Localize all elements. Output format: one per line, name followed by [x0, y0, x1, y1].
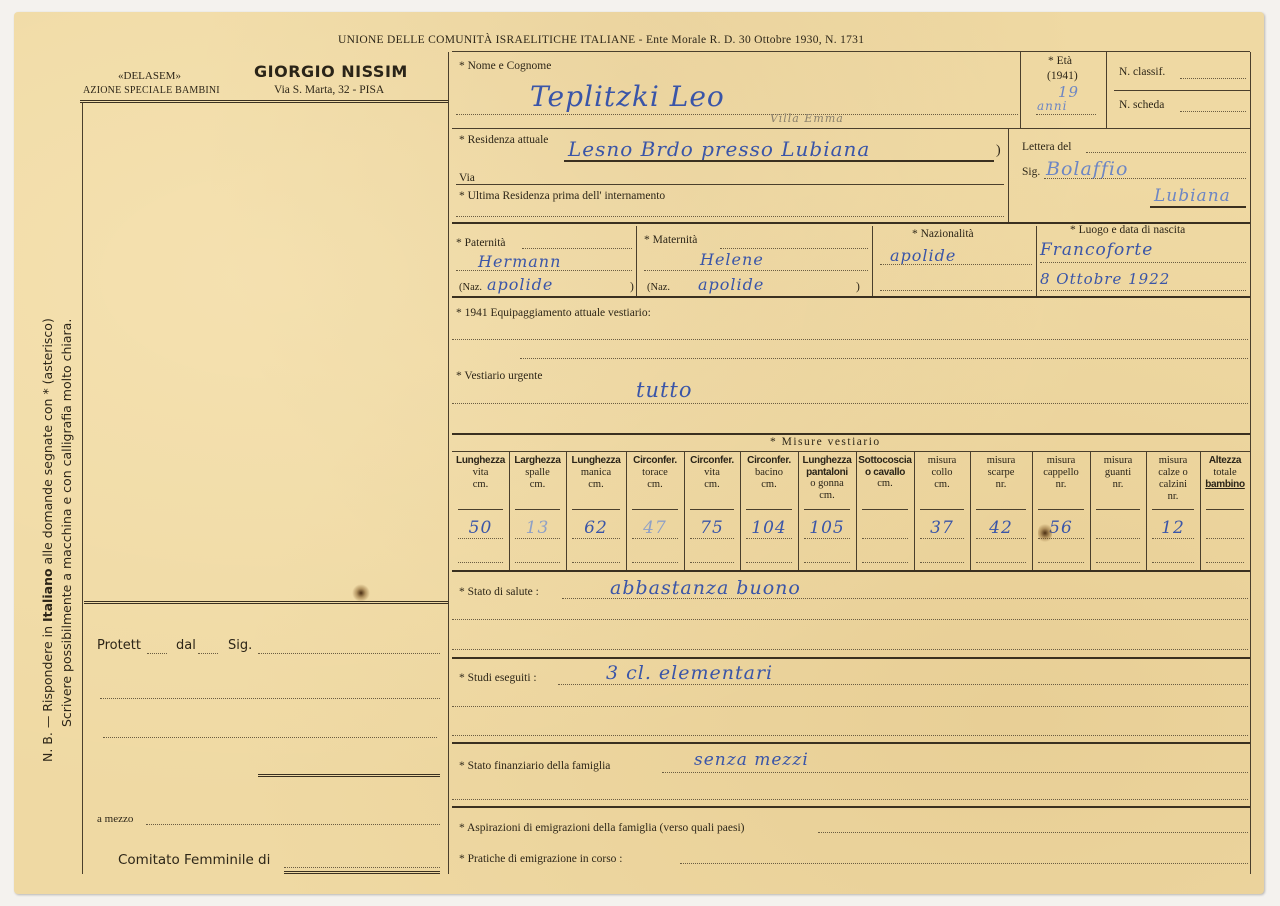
misure-col-h1: misura [970, 455, 1032, 467]
misure-col-header: misurascarpenr. [970, 455, 1032, 491]
vestiario-rule [452, 433, 1250, 435]
studi-field-2[interactable] [452, 706, 1248, 707]
misure-col-h2: guanti [1090, 467, 1146, 479]
signature-rule [258, 774, 440, 777]
paternita-label: * Paternità [456, 237, 506, 250]
protetto-line-2[interactable] [100, 698, 440, 699]
paternita-naz-label: (Naz. [459, 282, 482, 294]
vestiario-urgente-label: * Vestiario urgente [456, 370, 542, 383]
misure-cell-dotline [1152, 562, 1194, 563]
misure-col-h2: torace [626, 467, 684, 479]
left-panel-divider [448, 52, 449, 874]
misure-col-h1: Circonfer. [740, 455, 798, 467]
misure-cell-dotline [1206, 562, 1244, 563]
misure-col-h1: misura [1032, 455, 1090, 467]
nome-value[interactable]: Teplitzki Leo [530, 80, 725, 113]
residenza-label: * Residenza attuale [459, 134, 548, 147]
classif-rule [1114, 90, 1250, 91]
misure-col-header: misuracollocm. [914, 455, 970, 491]
comitato-field[interactable] [284, 867, 440, 868]
header-double-rule [80, 100, 448, 103]
misure-col-h3: cm. [914, 479, 970, 491]
classif-divider [1106, 52, 1107, 128]
misure-col-header: Lunghezzamanicacm. [566, 455, 626, 491]
maternita-label: * Maternità [644, 234, 697, 247]
ultima-residenza-label: * Ultima Residenza prima dell' intername… [459, 190, 665, 203]
misure-cell-dotline [515, 538, 560, 539]
address-label: Via S. Marta, 32 - PISA [274, 84, 384, 97]
nome-field [456, 114, 1018, 115]
finanziario-value[interactable]: senza mezzi [694, 750, 809, 770]
misure-title: * Misure vestiario [770, 436, 881, 449]
protetto-line-3[interactable] [103, 737, 437, 738]
nazionalita-divider [1036, 226, 1037, 296]
misure-col-h3: nr. [970, 479, 1032, 491]
nazionalita-label: * Nazionalità [912, 228, 974, 241]
misure-col-header: Circonfer.bacinocm. [740, 455, 798, 491]
residenza-value[interactable]: Lesno Brdo presso Lubiana [568, 137, 870, 161]
misure-col-header: Circonfer.vitacm. [684, 455, 740, 491]
lettera-sig-field [1044, 178, 1246, 179]
misure-header-underline [572, 509, 620, 510]
ink-stain [352, 584, 370, 602]
comitato-label: Comitato Femminile di [118, 853, 270, 868]
misure-header-underline [632, 509, 678, 510]
misure-col-h2: o cavallo [856, 467, 914, 479]
misure-cell-value[interactable]: 47 [626, 518, 684, 538]
aspirazioni-label: * Aspirazioni di emigrazioni della famig… [459, 822, 745, 835]
studi-rule [452, 742, 1250, 744]
misure-col-header: Lunghezzavitacm. [452, 455, 509, 491]
studi-field-3[interactable] [452, 735, 1248, 736]
misure-col-h2: calze o calzini [1146, 467, 1200, 491]
left-panel-border [82, 102, 83, 874]
lettera-city-underline [1150, 206, 1246, 208]
eta-year-label: (1941) [1047, 70, 1078, 83]
nascita-date-field [1040, 290, 1246, 291]
giorgio-nissim-label: GIORGIO NISSIM [254, 62, 408, 81]
misure-cell-value[interactable]: 105 [798, 518, 856, 538]
misure-header-rule [452, 451, 1250, 452]
misure-col-h1: Lunghezza [566, 455, 626, 467]
nome-label: * Nome e Cognome [459, 60, 551, 73]
maternita-field [644, 270, 868, 271]
misure-cell-value[interactable]: 37 [914, 518, 970, 538]
misure-col-h2: collo [914, 467, 970, 479]
misure-cell-dotline [804, 538, 850, 539]
misure-col-h3: nr. [1146, 491, 1200, 503]
salute-label: * Stato di salute : [459, 586, 539, 599]
nb-note-line2: Scrivere possibilmente a macchina e con … [59, 319, 74, 727]
misure-bottom-rule [452, 570, 1250, 572]
lettera-city-value[interactable]: Lubiana [1154, 186, 1231, 206]
pratiche-label: * Pratiche di emigrazione in corso : [459, 853, 623, 866]
misure-col-h2: vita [452, 467, 509, 479]
misure-col-h1: Larghezza [509, 455, 566, 467]
studi-label: * Studi eseguiti : [459, 672, 537, 685]
misure-col-h3: cm. [798, 490, 856, 502]
misure-col-h1: misura [1146, 455, 1200, 467]
vestiario-urgente-value[interactable]: tutto [636, 378, 693, 402]
misure-col-h2: vita [684, 467, 740, 479]
nb-bold: Italiano [40, 568, 55, 622]
misure-header-underline [976, 509, 1026, 510]
ultima-residenza-field[interactable] [456, 216, 1004, 217]
header-title: UNIONE DELLE COMUNITÀ ISRAELITICHE ITALI… [338, 34, 864, 47]
misure-col-h1: misura [914, 455, 970, 467]
via-label: Via [459, 172, 475, 185]
finanziario-field-2[interactable] [452, 799, 1248, 800]
nome-annotation: Villa Emma [770, 112, 844, 125]
maternita-naz-value[interactable]: apolide [698, 275, 764, 294]
misure-header-underline [862, 509, 908, 510]
misure-col-header: Altezzatotalebambino [1200, 455, 1250, 490]
comitato-rule [284, 871, 440, 874]
misure-cell-value[interactable]: 42 [970, 518, 1032, 538]
misure-header-underline [1096, 509, 1140, 510]
misure-cell-dotline [690, 538, 734, 539]
misure-cell-dotline [862, 538, 908, 539]
misure-col-h2: o gonna [798, 478, 856, 490]
misure-col-h1: misura [1090, 455, 1146, 467]
misure-cell-dotline [862, 562, 908, 563]
misure-cell-dotline [515, 562, 560, 563]
misure-col-h2: scarpe [970, 467, 1032, 479]
header-rule [452, 51, 1250, 52]
misure-col-h1: Sottocoscia [856, 455, 914, 467]
protetto-label: Protett [97, 639, 141, 653]
misure-cell-dotline [920, 562, 964, 563]
misure-header-underline [1038, 509, 1084, 510]
n-scheda-field[interactable] [1180, 111, 1246, 112]
misure-header-underline [1206, 509, 1244, 510]
via-rule [456, 184, 1004, 185]
nazionalita-field [880, 264, 1032, 265]
lettera-field[interactable] [1086, 152, 1246, 153]
residenza-close: ) [996, 143, 1001, 158]
misure-col-header: Circonfer.toracecm. [626, 455, 684, 491]
misure-cell-dotline [1096, 538, 1140, 539]
eta-unit: anni [1037, 99, 1067, 113]
misure-cell-value[interactable]: 50 [452, 518, 509, 538]
misure-cell-value[interactable]: 75 [684, 518, 740, 538]
misure-header-underline [515, 509, 560, 510]
salute-rule [452, 657, 1250, 659]
aspirazioni-field[interactable] [818, 832, 1248, 833]
misure-cell-value[interactable]: 12 [1146, 518, 1200, 538]
lettera-sig-value[interactable]: Bolaffio [1046, 158, 1128, 180]
n-classif-field[interactable] [1180, 78, 1246, 79]
n-classif-label: N. classif. [1119, 66, 1165, 79]
eta-divider [1020, 52, 1021, 128]
misure-col-h3: cm. [626, 479, 684, 491]
nazionalita-field-2 [880, 290, 1032, 291]
nb-note-line1: N. B. — Rispondere in Italiano alle doma… [40, 318, 55, 762]
misure-header-underline [1152, 509, 1194, 510]
n-scheda-label: N. scheda [1119, 99, 1164, 112]
misure-col-h3: nr. [1090, 479, 1146, 491]
nascita-place-value[interactable]: Francoforte [1040, 240, 1153, 260]
misure-col-h3: cm. [684, 479, 740, 491]
azione-speciale-label: AZIONE SPECIALE BAMBINI [83, 85, 220, 96]
maternita-value[interactable]: Helene [700, 250, 764, 269]
paternita-naz-close: ) [630, 281, 634, 294]
misure-col-h2: cappello [1032, 467, 1090, 479]
misure-header-underline [690, 509, 734, 510]
misure-col-h1: Altezza [1200, 455, 1250, 467]
misure-col-h3: cm. [856, 478, 914, 490]
paternita-divider [636, 226, 637, 296]
protetto-field[interactable] [147, 653, 167, 654]
maternita-naz-label: (Naz. [647, 282, 670, 294]
finanziario-field-1 [662, 772, 1248, 773]
misure-cell-dotline [690, 562, 734, 563]
paternita-field [456, 270, 632, 271]
lettera-sig-label: Sig. [1022, 166, 1040, 179]
misure-col-h1: Circonfer. [684, 455, 740, 467]
eta-field [1036, 114, 1096, 115]
misure-cell-dotline [976, 538, 1026, 539]
salute-field-3[interactable] [452, 649, 1248, 650]
misure-cell-dotline [632, 538, 678, 539]
misure-cell-dotline [458, 538, 503, 539]
nome-rule [452, 128, 1250, 129]
misure-cell-dotline [1096, 562, 1140, 563]
misure-cell-dotline [1038, 562, 1084, 563]
maternita-divider [872, 226, 873, 296]
form-right-border [1250, 52, 1251, 874]
misure-cell-dotline [572, 562, 620, 563]
ink-blot [1038, 522, 1052, 544]
sig-label: Sig. [228, 639, 252, 653]
maternita-top-field [720, 248, 868, 249]
equipaggiamento-field-1[interactable] [452, 339, 1248, 340]
dal-field[interactable] [198, 653, 218, 654]
salute-value[interactable]: abbastanza buono [610, 577, 801, 599]
misure-header-underline [746, 509, 792, 510]
misure-cell-dotline [572, 538, 620, 539]
anagrafe-rule [452, 296, 1250, 298]
misure-cell-dotline [632, 562, 678, 563]
misure-cell-dotline [1152, 538, 1194, 539]
misure-col-header: Sottocosciao cavallocm. [856, 455, 914, 490]
misure-col-header: misuracalze o calzininr. [1146, 455, 1200, 503]
paternita-value[interactable]: Hermann [478, 252, 561, 271]
vestiario-urgente-field [452, 403, 1248, 404]
misure-col-h1: Lunghezza pantaloni [798, 455, 856, 478]
misure-header-underline [458, 509, 503, 510]
nazionalita-value[interactable]: apolide [890, 246, 956, 265]
misure-col-h3: cm. [566, 479, 626, 491]
nascita-place-field [1040, 262, 1246, 263]
left-panel-rule [84, 601, 448, 604]
misure-col-h2: totale [1200, 467, 1250, 479]
misure-cell-dotline [746, 562, 792, 563]
misure-cell-value[interactable]: 62 [566, 518, 626, 538]
eta-label: * Età [1048, 55, 1072, 68]
equipaggiamento-field-2[interactable] [520, 358, 1248, 359]
misure-col-header: misuraguantinr. [1090, 455, 1146, 491]
misure-col-h3: cm. [509, 479, 566, 491]
maternita-naz-close: ) [856, 281, 860, 294]
dal-label: dal [176, 639, 196, 653]
a-mezzo-label: a mezzo [97, 813, 133, 825]
misure-col-header: misuracappellonr. [1032, 455, 1090, 491]
nb-suffix: alle domande segnate con * (asterisco) [40, 318, 55, 568]
misure-cell-dotline [1206, 538, 1244, 539]
salute-field-2[interactable] [452, 619, 1248, 620]
salute-field-1 [562, 598, 1248, 599]
misure-header-underline [804, 509, 850, 510]
misure-cell-dotline [746, 538, 792, 539]
residenza-underline [564, 160, 994, 162]
a-mezzo-field[interactable] [146, 824, 440, 825]
misure-col-h3: cm. [740, 479, 798, 491]
paternita-top-field [522, 248, 632, 249]
misure-col-h3: nr. [1032, 479, 1090, 491]
nascita-label: * Luogo e data di nascita [1070, 224, 1185, 237]
pratiche-field[interactable] [680, 863, 1248, 864]
misure-col-header: Lunghezza pantalonio gonnacm. [798, 455, 856, 502]
equipaggiamento-label: * 1941 Equipaggiamento attuale vestiario… [456, 307, 651, 320]
studi-value[interactable]: 3 cl. elementari [606, 662, 773, 684]
misure-col-h3: bambino [1200, 479, 1250, 491]
misure-col-h2: bacino [740, 467, 798, 479]
misure-cell-dotline [458, 562, 503, 563]
misure-col-h1: Lunghezza [452, 455, 509, 467]
misure-cell-dotline [804, 562, 850, 563]
studi-field-1 [558, 684, 1248, 685]
misure-col-h2: manica [566, 467, 626, 479]
finanziario-rule [452, 806, 1250, 808]
misure-cell-dotline [976, 562, 1026, 563]
nb-prefix: N. B. — Rispondere in [40, 622, 55, 762]
delasem-label: «DELASEM» [118, 70, 181, 82]
lettera-label: Lettera del [1022, 141, 1071, 154]
finanziario-label: * Stato finanziario della famiglia [459, 760, 610, 773]
sig-field[interactable] [258, 653, 440, 654]
misure-col-h3: cm. [452, 479, 509, 491]
nascita-date-value[interactable]: 8 Ottobre 1922 [1040, 270, 1170, 288]
misure-col-h2: spalle [509, 467, 566, 479]
misure-cell-value[interactable]: 13 [509, 518, 566, 538]
paternita-naz-value[interactable]: apolide [487, 275, 553, 294]
lettera-divider [1008, 128, 1009, 222]
misure-header-underline [920, 509, 964, 510]
misure-col-header: Larghezzaspallecm. [509, 455, 566, 491]
misure-cell-dotline [920, 538, 964, 539]
misure-cell-value[interactable]: 104 [740, 518, 798, 538]
misure-col-h1: Circonfer. [626, 455, 684, 467]
